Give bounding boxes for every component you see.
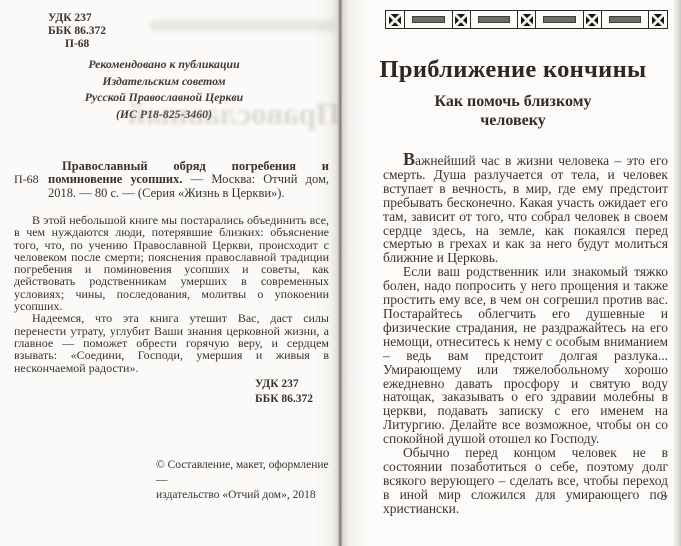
chapter-subtitle: Как помочь близкому человеку — [345, 92, 681, 130]
bibliographic-entry: П-68 Православный обряд погребения и пом… — [14, 160, 329, 200]
show-through-ghost-title: Православный — [168, 96, 338, 132]
ornament-rosette-icon — [452, 11, 471, 28]
ornament-rosette-icon — [386, 11, 405, 28]
ornament-bar — [471, 11, 518, 28]
book-scan: УДК 237 ББК 86.372 П-68 Рекомендовано к … — [0, 0, 681, 546]
annotation-paragraph-1: В этой небольшой книге мы постарались об… — [14, 214, 329, 312]
page-number: 3 — [661, 488, 668, 504]
annotation-paragraph-2: Надеемся, что эта книга утешит Вас, даст… — [14, 312, 329, 373]
udk-bottom-block: УДК 237 ББК 86.372 — [255, 377, 313, 406]
right-page: Приближение кончины Как помочь близкому … — [345, 0, 681, 546]
annotation-block: В этой небольшой книге мы постарались об… — [14, 214, 329, 374]
body-paragraph-1: Важнейший час в жизни человека – это его… — [383, 153, 668, 265]
rosette-glyph-icon — [521, 14, 533, 26]
bib-text: Православный обряд погребения и поминове… — [48, 160, 329, 200]
ornament-bar — [602, 11, 649, 28]
udk-classification-block: УДК 237 ББК 86.372 П-68 — [48, 12, 106, 51]
rosette-glyph-icon — [586, 14, 598, 26]
body-paragraph-2: Если ваш родственник или знакомый тяжко … — [383, 265, 668, 446]
page-edge-shadow — [673, 0, 681, 546]
body-paragraph-3: Обычно перед концом человек не в состоян… — [383, 446, 668, 516]
show-through-ghost-strip — [150, 20, 335, 31]
ornament-rosette-icon — [583, 11, 602, 28]
ornament-rosette-icon — [648, 11, 667, 28]
left-page: УДК 237 ББК 86.372 П-68 Рекомендовано к … — [0, 0, 338, 546]
rosette-glyph-icon — [389, 14, 401, 26]
copyright-notice: © Составление, макет, оформление — издат… — [156, 458, 338, 503]
rosette-glyph-icon — [652, 14, 664, 26]
header-ornament-band — [385, 10, 668, 29]
rosette-glyph-icon — [455, 14, 467, 26]
bib-shelf-label: П-68 — [14, 173, 39, 186]
bbk-line: ББК 86.372 — [48, 25, 106, 38]
chapter-body: Важнейший час в жизни человека – это его… — [383, 153, 668, 516]
shelf-code-line: П-68 — [48, 38, 106, 51]
udk-line: УДК 237 — [48, 12, 106, 25]
chapter-title: Приближение кончины — [345, 56, 681, 84]
ornament-bar — [536, 11, 583, 28]
ornament-bar — [405, 11, 452, 28]
ornament-rosette-icon — [517, 11, 536, 28]
